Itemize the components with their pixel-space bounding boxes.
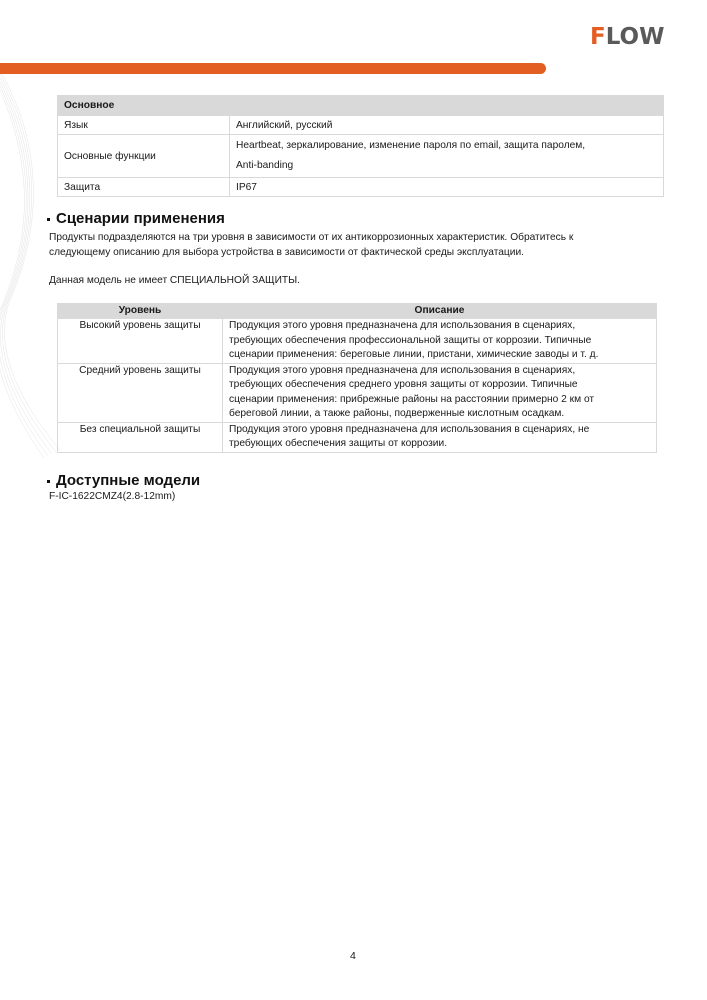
description-cell: Продукция этого уровня предназначена для…	[223, 363, 657, 422]
description-cell: Продукция этого уровня предназначена для…	[223, 319, 657, 364]
model-item: F-IC-1622CMZ4(2.8-12mm)	[49, 491, 175, 502]
spec-key: Защита	[58, 178, 230, 197]
protection-note: Данная модель не имеет СПЕЦИАЛЬНОЙ ЗАЩИТ…	[49, 273, 629, 288]
table-row: Без специальной защиты Продукция этого у…	[58, 422, 657, 452]
spec-table-header: Основное	[58, 96, 664, 116]
scenarios-intro: Продукты подразделяются на три уровня в …	[49, 230, 629, 260]
logo-accent-letter: F	[590, 24, 606, 50]
protection-levels-table: Уровень Описание Высокий уровень защиты …	[57, 303, 657, 453]
section-heading-models: Доступные модели	[47, 472, 200, 489]
spec-value: IP67	[230, 178, 664, 197]
table-row: Язык Английский, русский	[58, 116, 664, 135]
spec-value-line: Anti-banding	[236, 156, 657, 176]
logo-text: LOW	[606, 24, 665, 50]
section-title: Доступные модели	[56, 472, 200, 489]
spec-key: Основные функции	[58, 135, 230, 178]
spec-value: Английский, русский	[230, 116, 664, 135]
header-accent-bar	[0, 63, 546, 74]
section-title: Сценарии применения	[56, 210, 225, 227]
level-cell: Средний уровень защиты	[58, 363, 223, 422]
table-row: Средний уровень защиты Продукция этого у…	[58, 363, 657, 422]
column-header-description: Описание	[223, 304, 657, 319]
bullet-square-icon	[47, 218, 50, 221]
section-heading-scenarios: Сценарии применения	[47, 210, 225, 227]
table-row: Высокий уровень защиты Продукция этого у…	[58, 319, 657, 364]
level-cell: Высокий уровень защиты	[58, 319, 223, 364]
spec-section-title: Основное	[58, 96, 230, 116]
spec-value-line: Heartbeat, зеркалирование, изменение пар…	[236, 136, 657, 156]
table-row: Основные функции Heartbeat, зеркалирован…	[58, 135, 664, 178]
level-cell: Без специальной защиты	[58, 422, 223, 452]
levels-table-header: Уровень Описание	[58, 304, 657, 319]
description-cell: Продукция этого уровня предназначена для…	[223, 422, 657, 452]
page-number: 4	[350, 950, 356, 962]
column-header-level: Уровень	[58, 304, 223, 319]
paragraph-line: Продукты подразделяются на три уровня в …	[49, 230, 629, 245]
flow-logo: FLOW	[590, 26, 664, 49]
spec-table: Основное Язык Английский, русский Основн…	[57, 95, 664, 197]
spec-key: Язык	[58, 116, 230, 135]
spec-value: Heartbeat, зеркалирование, изменение пар…	[230, 135, 664, 178]
paragraph-line: следующему описанию для выбора устройств…	[49, 245, 629, 260]
table-row: Защита IP67	[58, 178, 664, 197]
bullet-square-icon	[47, 480, 50, 483]
